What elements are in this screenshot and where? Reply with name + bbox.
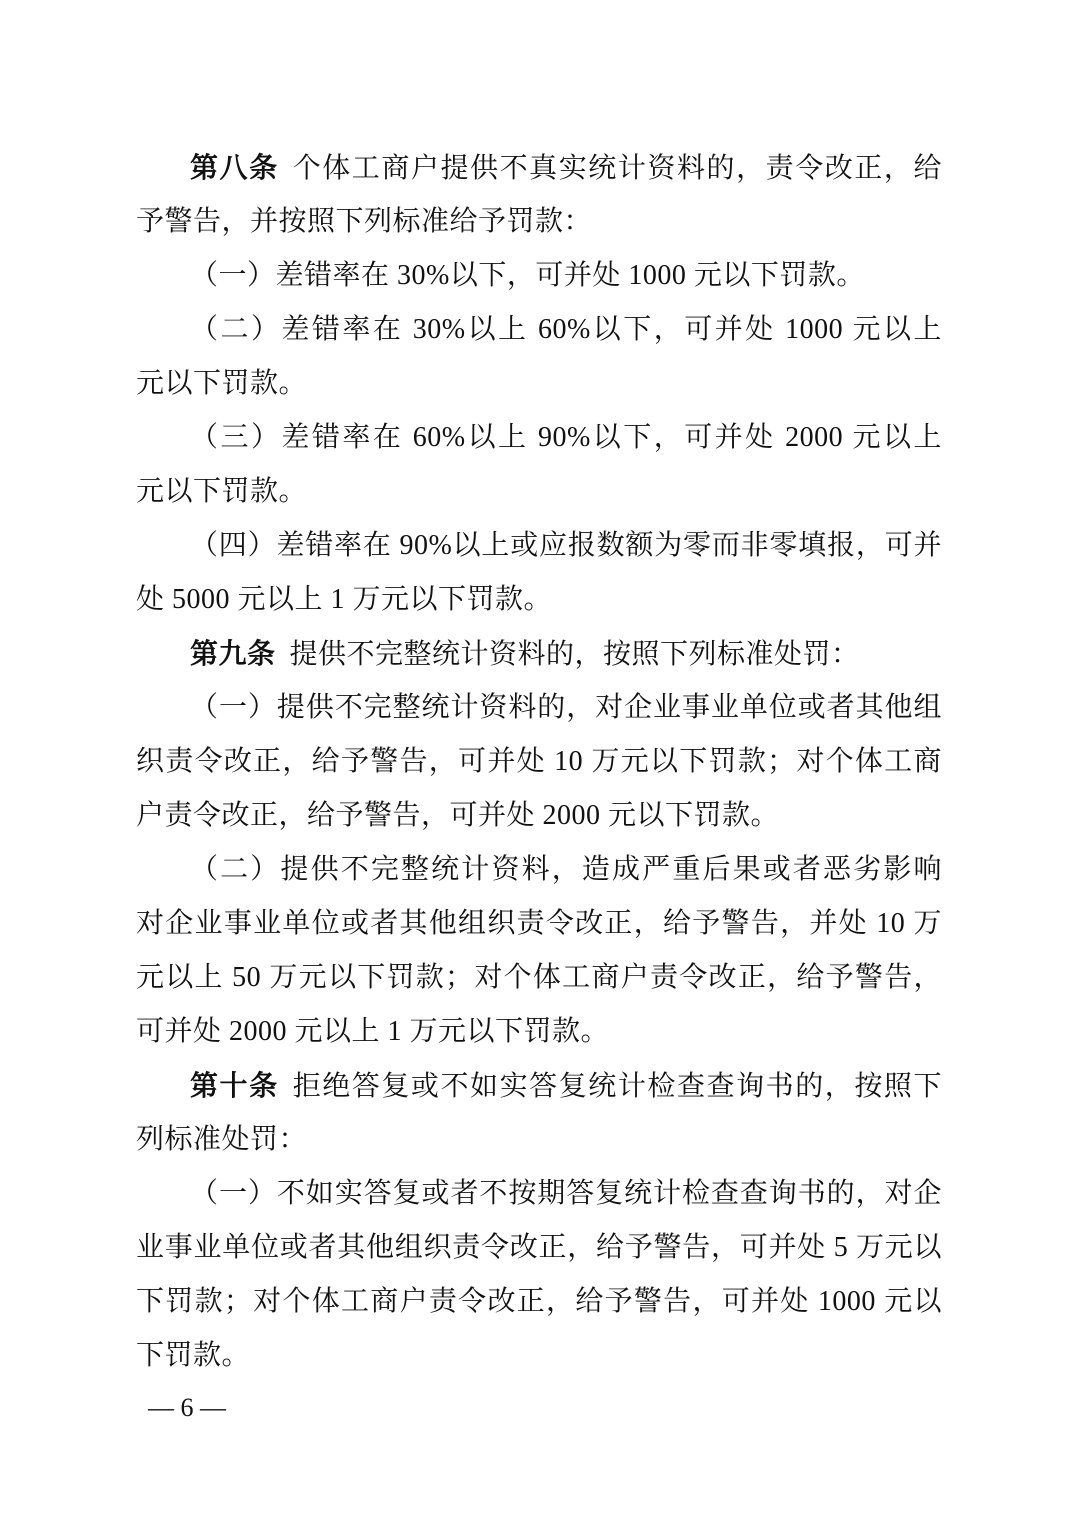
article-heading: 第八条	[190, 151, 279, 184]
line-text: （一）提供不完整统计资料的，对企业事业单位或者其他组	[190, 692, 942, 723]
text-line: 予警告，并按照下列标准给予罚款：	[136, 204, 942, 240]
text-line: 处 5000 元以上 1 万元以下罚款。	[136, 582, 942, 618]
text-line: 业事业单位或者其他组织责令改正，给予警告，可并处 5 万元以	[136, 1230, 942, 1266]
text-line: （一）不如实答复或者不按期答复统计检查查询书的，对企	[190, 1176, 942, 1212]
line-text: （二）提供不完整统计资料，造成严重后果或者恶劣影响的，	[190, 854, 942, 888]
text-line: （二）差错率在 30%以上 60%以下，可并处 1000 元以上 2000	[190, 312, 942, 348]
line-text: 个体工商户提供不真实统计资料的，责令改正，给	[293, 153, 942, 184]
text-line: 可并处 2000 元以上 1 万元以下罚款。	[136, 1014, 942, 1050]
document-page: 第八条个体工商户提供不真实统计资料的，责令改正，给予警告，并按照下列标准给予罚款…	[0, 0, 1074, 1520]
line-text: （一）不如实答复或者不按期答复统计检查查询书的，对企	[190, 1178, 942, 1209]
line-text: 下罚款。	[136, 1340, 250, 1371]
text-line: 对企业事业单位或者其他组织责令改正，给予警告，并处 10 万	[136, 906, 942, 942]
line-text: 处 5000 元以上 1 万元以下罚款。	[136, 584, 552, 615]
line-text: （四）差错率在 90%以上或应报数额为零而非零填报，可并	[190, 530, 942, 561]
text-line: （二）提供不完整统计资料，造成严重后果或者恶劣影响的，	[190, 852, 942, 888]
text-line: （四）差错率在 90%以上或应报数额为零而非零填报，可并	[190, 528, 942, 564]
article-line: 第九条提供不完整统计资料的，按照下列标准处罚：	[190, 636, 942, 672]
line-text: （二）差错率在 30%以上 60%以下，可并处 1000 元以上 2000	[190, 314, 942, 348]
text-line: （一）差错率在 30%以下，可并处 1000 元以下罚款。	[190, 258, 942, 294]
line-text: 可并处 2000 元以上 1 万元以下罚款。	[136, 1016, 609, 1047]
line-text: 织责令改正，给予警告，可并处 10 万元以下罚款；对个体工商	[136, 746, 942, 777]
article-heading: 第十条	[190, 1069, 279, 1102]
line-text: 提供不完整统计资料的，按照下列标准处罚：	[290, 639, 860, 670]
line-text: 列标准处罚：	[136, 1124, 307, 1155]
line-text: 予警告，并按照下列标准给予罚款：	[136, 206, 592, 237]
text-line: 下罚款。	[136, 1338, 942, 1374]
article-line: 第八条个体工商户提供不真实统计资料的，责令改正，给	[190, 150, 942, 186]
text-line: 元以上 50 万元以下罚款；对个体工商户责令改正，给予警告，	[136, 960, 942, 996]
line-text: （一）差错率在 30%以下，可并处 1000 元以下罚款。	[190, 260, 865, 291]
page-number: — 6 —	[148, 1392, 226, 1424]
line-text: （三）差错率在 60%以上 90%以下，可并处 2000 元以上 5000	[190, 422, 942, 456]
text-line: 下罚款；对个体工商户责令改正，给予警告，可并处 1000 元以	[136, 1284, 942, 1320]
line-text: 业事业单位或者其他组织责令改正，给予警告，可并处 5 万元以	[136, 1232, 942, 1263]
text-line: 列标准处罚：	[136, 1122, 942, 1158]
text-line: 元以下罚款。	[136, 474, 942, 510]
line-text: 元以上 50 万元以下罚款；对个体工商户责令改正，给予警告，	[136, 962, 942, 993]
text-line: （一）提供不完整统计资料的，对企业事业单位或者其他组	[190, 690, 942, 726]
line-text: 元以下罚款。	[136, 476, 307, 507]
text-line: （三）差错率在 60%以上 90%以下，可并处 2000 元以上 5000	[190, 420, 942, 456]
line-text: 户责令改正，给予警告，可并处 2000 元以下罚款。	[136, 800, 779, 831]
article-line: 第十条拒绝答复或不如实答复统计检查查询书的，按照下	[190, 1068, 942, 1104]
text-line: 户责令改正，给予警告，可并处 2000 元以下罚款。	[136, 798, 942, 834]
line-text: 元以下罚款。	[136, 368, 307, 399]
text-line: 织责令改正，给予警告，可并处 10 万元以下罚款；对个体工商	[136, 744, 942, 780]
text-line: 元以下罚款。	[136, 366, 942, 402]
line-text: 下罚款；对个体工商户责令改正，给予警告，可并处 1000 元以	[136, 1286, 942, 1317]
article-heading: 第九条	[190, 637, 276, 670]
line-text: 对企业事业单位或者其他组织责令改正，给予警告，并处 10 万	[136, 908, 942, 939]
line-text: 拒绝答复或不如实答复统计检查查询书的，按照下	[293, 1071, 942, 1102]
